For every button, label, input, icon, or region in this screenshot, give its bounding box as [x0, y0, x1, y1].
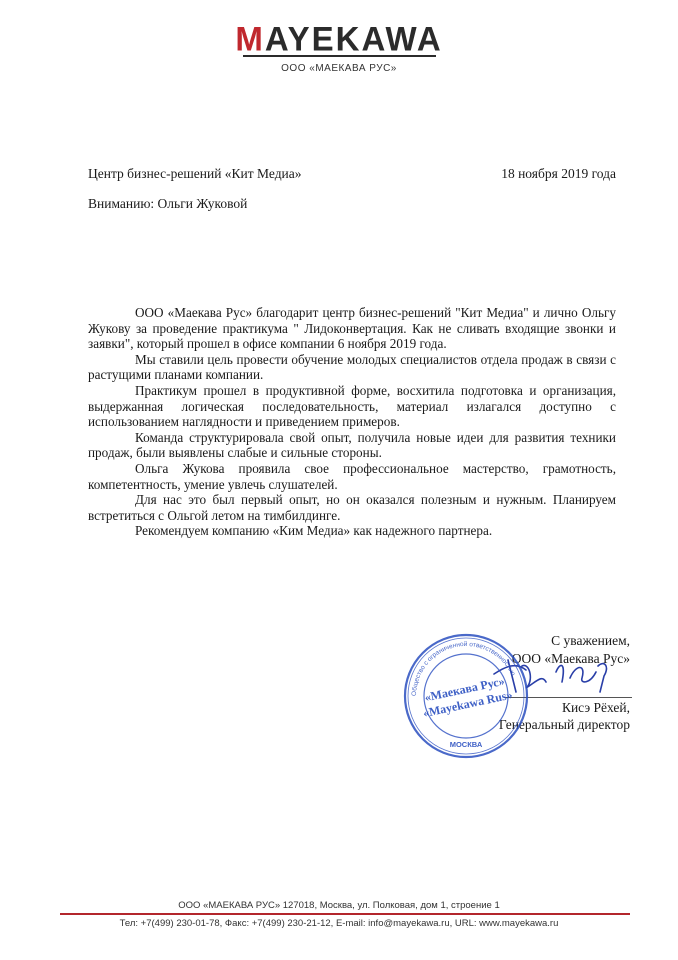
body-paragraph: ООО «Маекава Рус» благодарит центр бизне…: [88, 305, 616, 352]
logo-subtitle: ООО «МАЕКАВА РУС»: [0, 63, 678, 74]
body-paragraph: Мы ставили цель провести обучение молоды…: [88, 352, 616, 383]
logo-wordmark: AYEKAWA: [265, 19, 443, 58]
letter-body: ООО «Маекава Рус» благодарит центр бизне…: [88, 305, 616, 539]
stamp-city: МОСКВА: [450, 740, 483, 749]
attention-line: Вниманию: Ольги Жуковой: [88, 196, 247, 212]
company-stamp: Общество с ограниченной ответственностью…: [402, 632, 530, 760]
letter-date: 18 ноября 2019 года: [501, 166, 616, 182]
footer-divider: [60, 913, 630, 915]
body-paragraph: Рекомендуем компанию «Ким Медиа» как над…: [88, 523, 616, 539]
body-paragraph: Ольга Жукова проявила свое профессиональ…: [88, 461, 616, 492]
body-paragraph: Для нас это был первый опыт, но он оказа…: [88, 492, 616, 523]
company-logo: MAYEKAWA: [0, 22, 678, 56]
letter-page: MAYEKAWA ООО «МАЕКАВА РУС» Центр бизнес-…: [0, 0, 678, 960]
footer-address: ООО «МАЕКАВА РУС» 127018, Москва, ул. По…: [0, 900, 678, 911]
footer-contacts: Тел: +7(499) 230-01-78, Факс: +7(499) 23…: [0, 918, 678, 929]
body-paragraph: Практикум прошел в продуктивной форме, в…: [88, 383, 616, 430]
recipient-org: Центр бизнес-решений «Кит Медиа»: [88, 166, 302, 182]
closing: С уважением,: [551, 633, 630, 649]
logo-letter-m: M: [235, 19, 265, 58]
logo-underline: [243, 55, 436, 57]
body-paragraph: Команда структурировала свой опыт, получ…: [88, 430, 616, 461]
signatory-name: Кисэ Рёхей,: [562, 700, 630, 716]
